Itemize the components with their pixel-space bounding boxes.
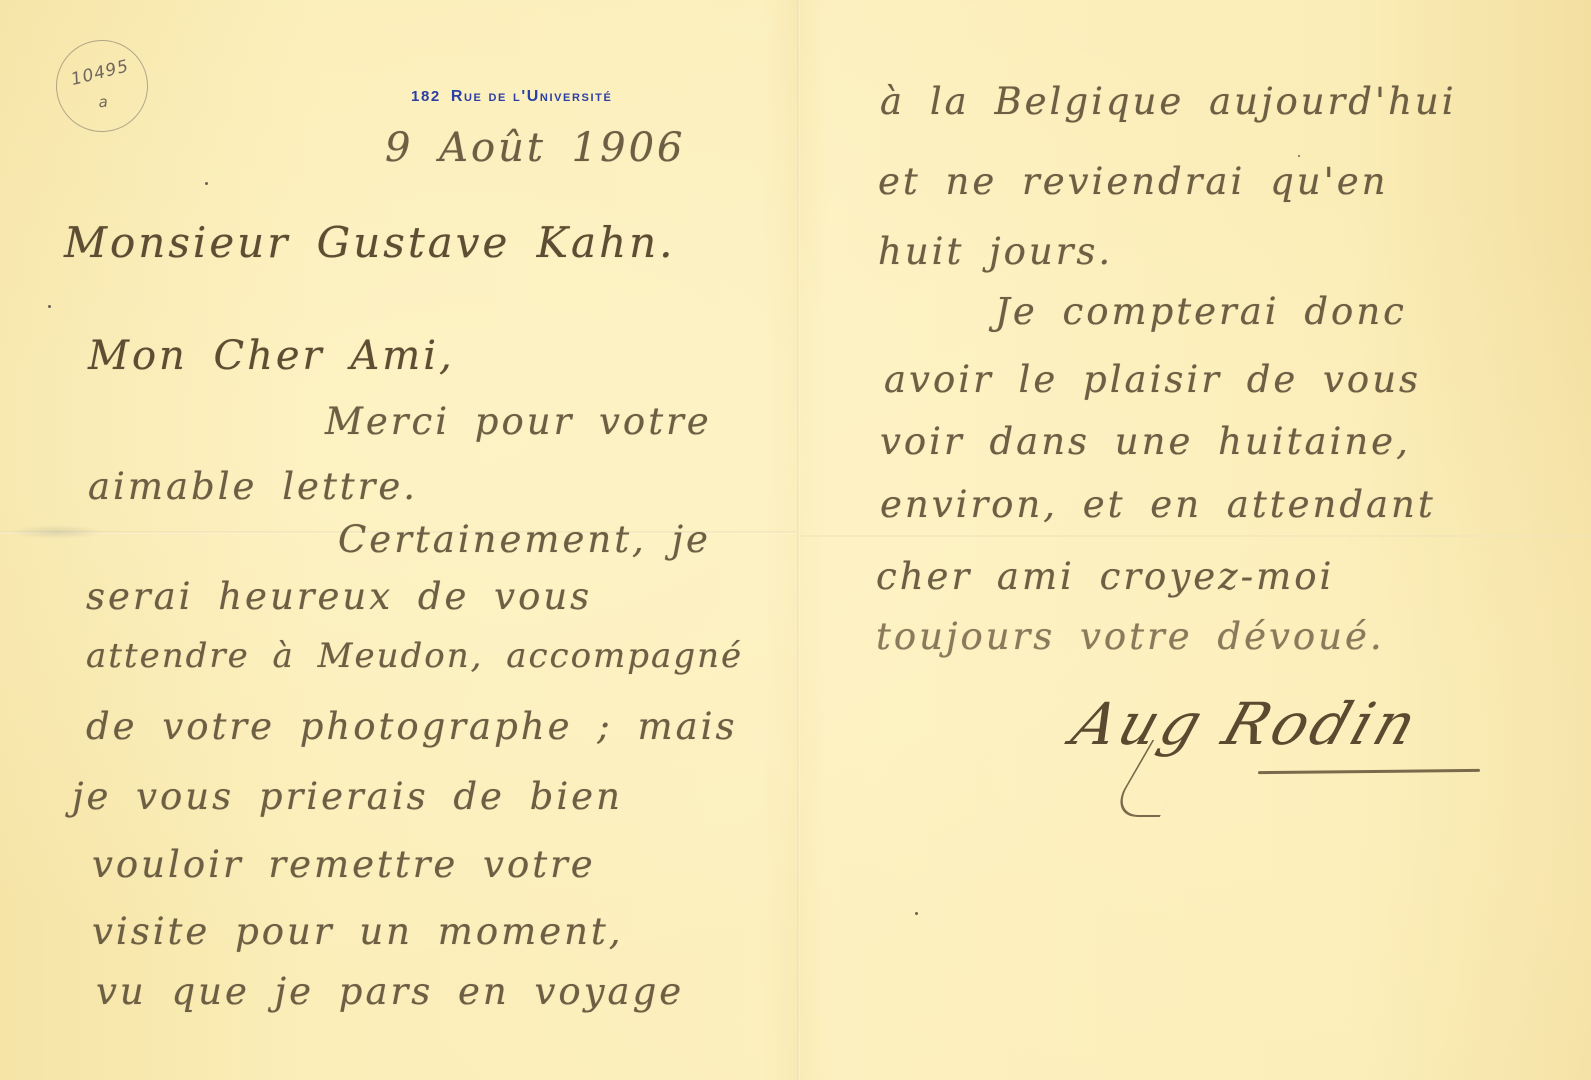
body-line-right-2: et ne reviendrai qu'en [878,160,1389,203]
body-line-left-7: je vous prierais de bien [72,775,623,818]
ink-speck [1298,155,1300,157]
letter-date: 9 Août 1906 [385,125,685,171]
ink-speck [205,182,208,185]
paper-smudge [10,525,105,539]
letterhead-street-number: 182 [411,88,441,105]
signature: Aug Rodin [1064,690,1429,758]
body-line-left-8: vouloir remettre votre [92,843,596,886]
body-line-right-5: avoir le plaisir de vous [884,358,1421,401]
body-line-left-1: Merci pour votre [325,400,712,443]
ink-speck [915,912,918,915]
signature-underline [1258,769,1480,774]
body-line-left-5: attendre à Meudon, accompagné [86,636,743,676]
body-line-right-9: toujours votre dévoué. [876,615,1385,658]
archive-number: 10495 [59,54,141,93]
horizontal-fold-crease-right [800,535,1591,537]
recipient-line: Monsieur Gustave Kahn. [64,218,676,267]
letterhead-address: 182Rue de l'Université [411,88,612,106]
vertical-fold-crease [797,0,800,1080]
body-line-left-9: visite pour un moment, [92,910,624,953]
body-line-left-2: aimable lettre. [88,465,418,508]
salutation: Mon Cher Ami, [88,333,455,379]
body-line-left-6: de votre photographe ; mais [86,705,737,748]
archive-suffix: a [58,90,149,114]
body-line-left-3: Certainement, je [338,518,711,561]
letterhead-street-name: Rue de l'Université [451,88,613,105]
body-line-left-4: serai heureux de vous [86,575,592,618]
body-line-right-8: cher ami croyez-moi [876,555,1334,598]
letter-sheet: 10495 a 182Rue de l'Université 9 Août 19… [0,0,1591,1080]
body-line-left-10: vu que je pars en voyage [96,970,684,1013]
ink-speck [48,305,51,308]
body-line-right-7: environ, et en attendant [880,483,1436,526]
body-line-right-6: voir dans une huitaine, [880,420,1411,463]
body-line-right-4: Je compterai donc [995,290,1407,333]
archive-number-stamp: 10495 a [53,37,151,135]
body-line-right-3: huit jours. [878,230,1113,273]
body-line-right-1: à la Belgique aujourd'hui [880,80,1457,123]
